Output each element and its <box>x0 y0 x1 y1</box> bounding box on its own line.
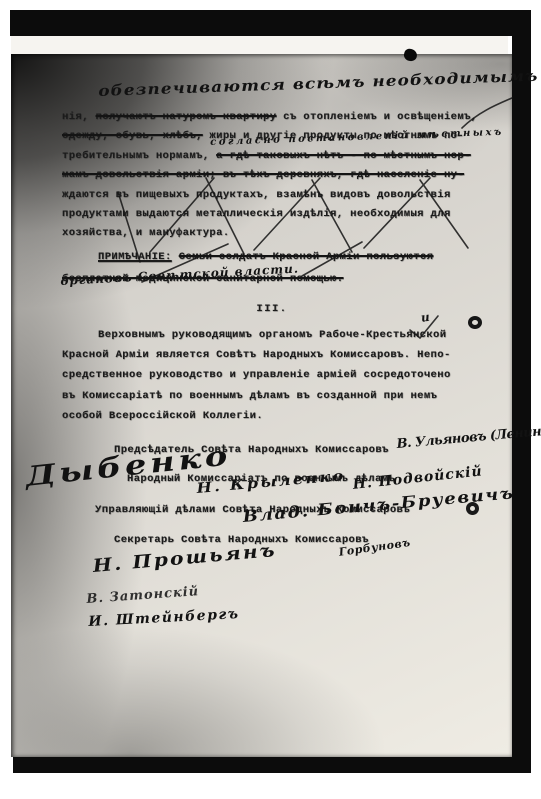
paragraph-note: ПРИМѢЧАНІЕ:Семьи солдатъ Красной Арміи п… <box>62 247 492 290</box>
typed-line: Верховнымъ руководящимъ органомъ Рабоче-… <box>62 325 492 345</box>
typed-line: ПРИМѢЧАНІЕ:Семьи солдатъ Красной Арміи п… <box>62 247 492 269</box>
note-label: ПРИМѢЧАНІЕ: <box>98 251 172 263</box>
typed-line: Красной Арміи является Совѣтъ Народныхъ … <box>62 345 492 365</box>
page-top-edge <box>11 36 508 56</box>
typed-line: средственное руководство и управленіе ар… <box>62 365 492 385</box>
typed-line: хозяйства, и мануфактура. <box>62 224 492 243</box>
paragraph-section-3: Верховнымъ руководящимъ органомъ Рабоче-… <box>62 325 492 426</box>
typed-line: одежду, обувь, хлѣбъ, жиры и другіе прод… <box>62 127 492 146</box>
film-border-right <box>512 10 531 773</box>
typed-line: безплатной медицинской санитарной помощь… <box>62 269 492 291</box>
typed-line: требительнымъ нормамъ, а гдѣ таковыхъ нѣ… <box>62 147 492 166</box>
typed-line: особой Всероссійской Коллегіи. <box>62 406 492 426</box>
paragraph-allowances: нія, получаютъ натуромъ квартиру съ отоп… <box>62 108 492 244</box>
typed-line: нія, получаютъ натуромъ квартиру съ отоп… <box>62 108 492 127</box>
photo-page: { "typed": { "para1_lines": [ {"a":"нія,… <box>0 0 541 799</box>
film-border-top <box>10 10 531 36</box>
film-border-bottom <box>13 757 531 773</box>
section-heading: III. <box>62 303 482 315</box>
typed-line: мамъ довольствія арміи; въ тѣхъ деревнях… <box>62 166 492 185</box>
typed-line: продуктами выдаются металлическія издѣлі… <box>62 205 492 224</box>
typed-line: ждаются въ пищевыхъ продуктахъ, взамѣнъ … <box>62 186 492 205</box>
typed-line: въ Комиссаріатѣ по военнымъ дѣламъ въ со… <box>62 386 492 406</box>
